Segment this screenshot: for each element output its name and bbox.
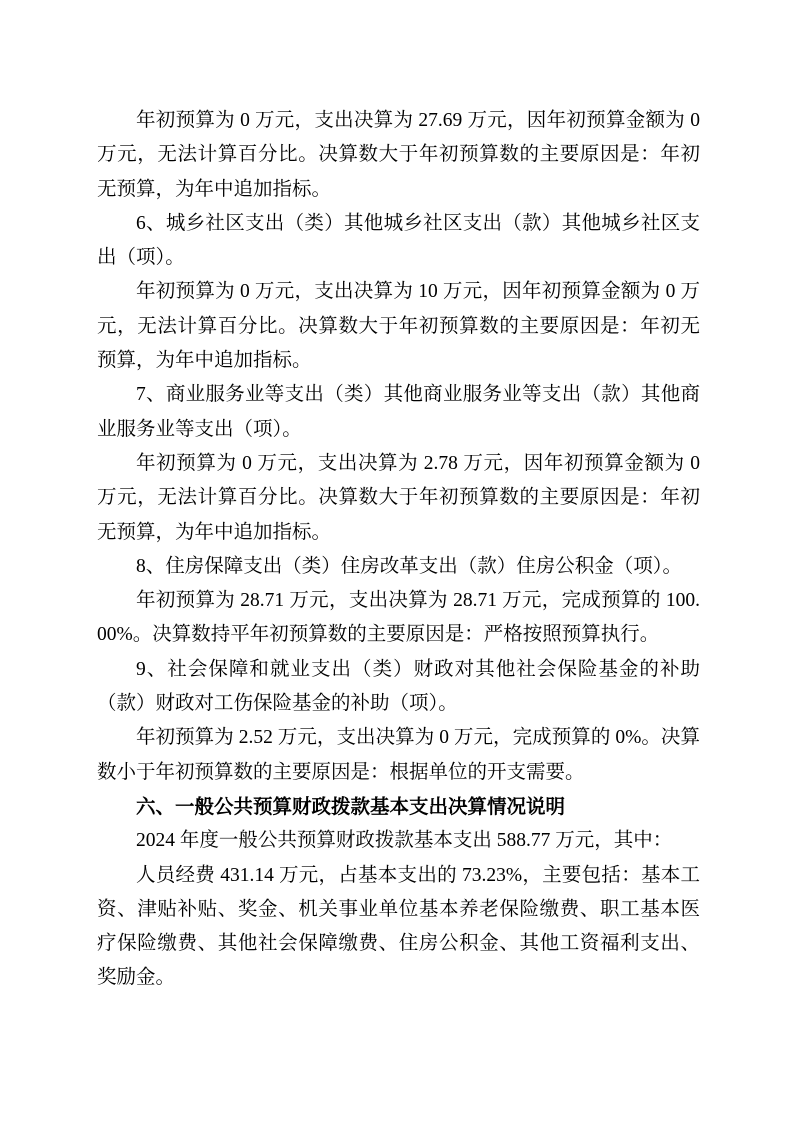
para-personnel-expense: 人员经费 431.14 万元，占基本支出的 73.23%，主要包括：基本工资、津… [97,859,700,996]
para-item7-title: 7、商业服务业等支出（类）其他商业服务业等支出（款）其他商业服务业等支出（项）。 [97,378,700,447]
para-item9-title: 9、社会保障和就业支出（类）财政对其他社会保险基金的补助（款）财政对工伤保险基金… [97,653,700,722]
document-page: 年初预算为 0 万元，支出决算为 27.69 万元，因年初预算金额为 0 万元，… [0,0,793,1122]
para-item9-budget-note: 年初预算为 2.52 万元，支出决算为 0 万元，完成预算的 0%。决算数小于年… [97,721,700,790]
para-item8-budget-note: 年初预算为 28.71 万元，支出决算为 28.71 万元，完成预算的 100.… [97,584,700,653]
para-item5-budget-note: 年初预算为 0 万元，支出决算为 27.69 万元，因年初预算金额为 0 万元，… [97,104,700,207]
para-item6-title: 6、城乡社区支出（类）其他城乡社区支出（款）其他城乡社区支出（项）。 [97,207,700,276]
document-content: 年初预算为 0 万元，支出决算为 27.69 万元，因年初预算金额为 0 万元，… [97,104,700,996]
para-item8-title: 8、住房保障支出（类）住房改革支出（款）住房公积金（项）。 [97,550,700,584]
para-basic-expenditure-total: 2024 年度一般公共预算财政拨款基本支出 588.77 万元，其中： [97,824,700,858]
para-item6-budget-note: 年初预算为 0 万元，支出决算为 10 万元，因年初预算金额为 0 万元，无法计… [97,275,700,378]
para-item7-budget-note: 年初预算为 0 万元，支出决算为 2.78 万元，因年初预算金额为 0 万元，无… [97,447,700,550]
section-heading-basic-expenditure: 六、一般公共预算财政拨款基本支出决算情况说明 [97,790,700,824]
